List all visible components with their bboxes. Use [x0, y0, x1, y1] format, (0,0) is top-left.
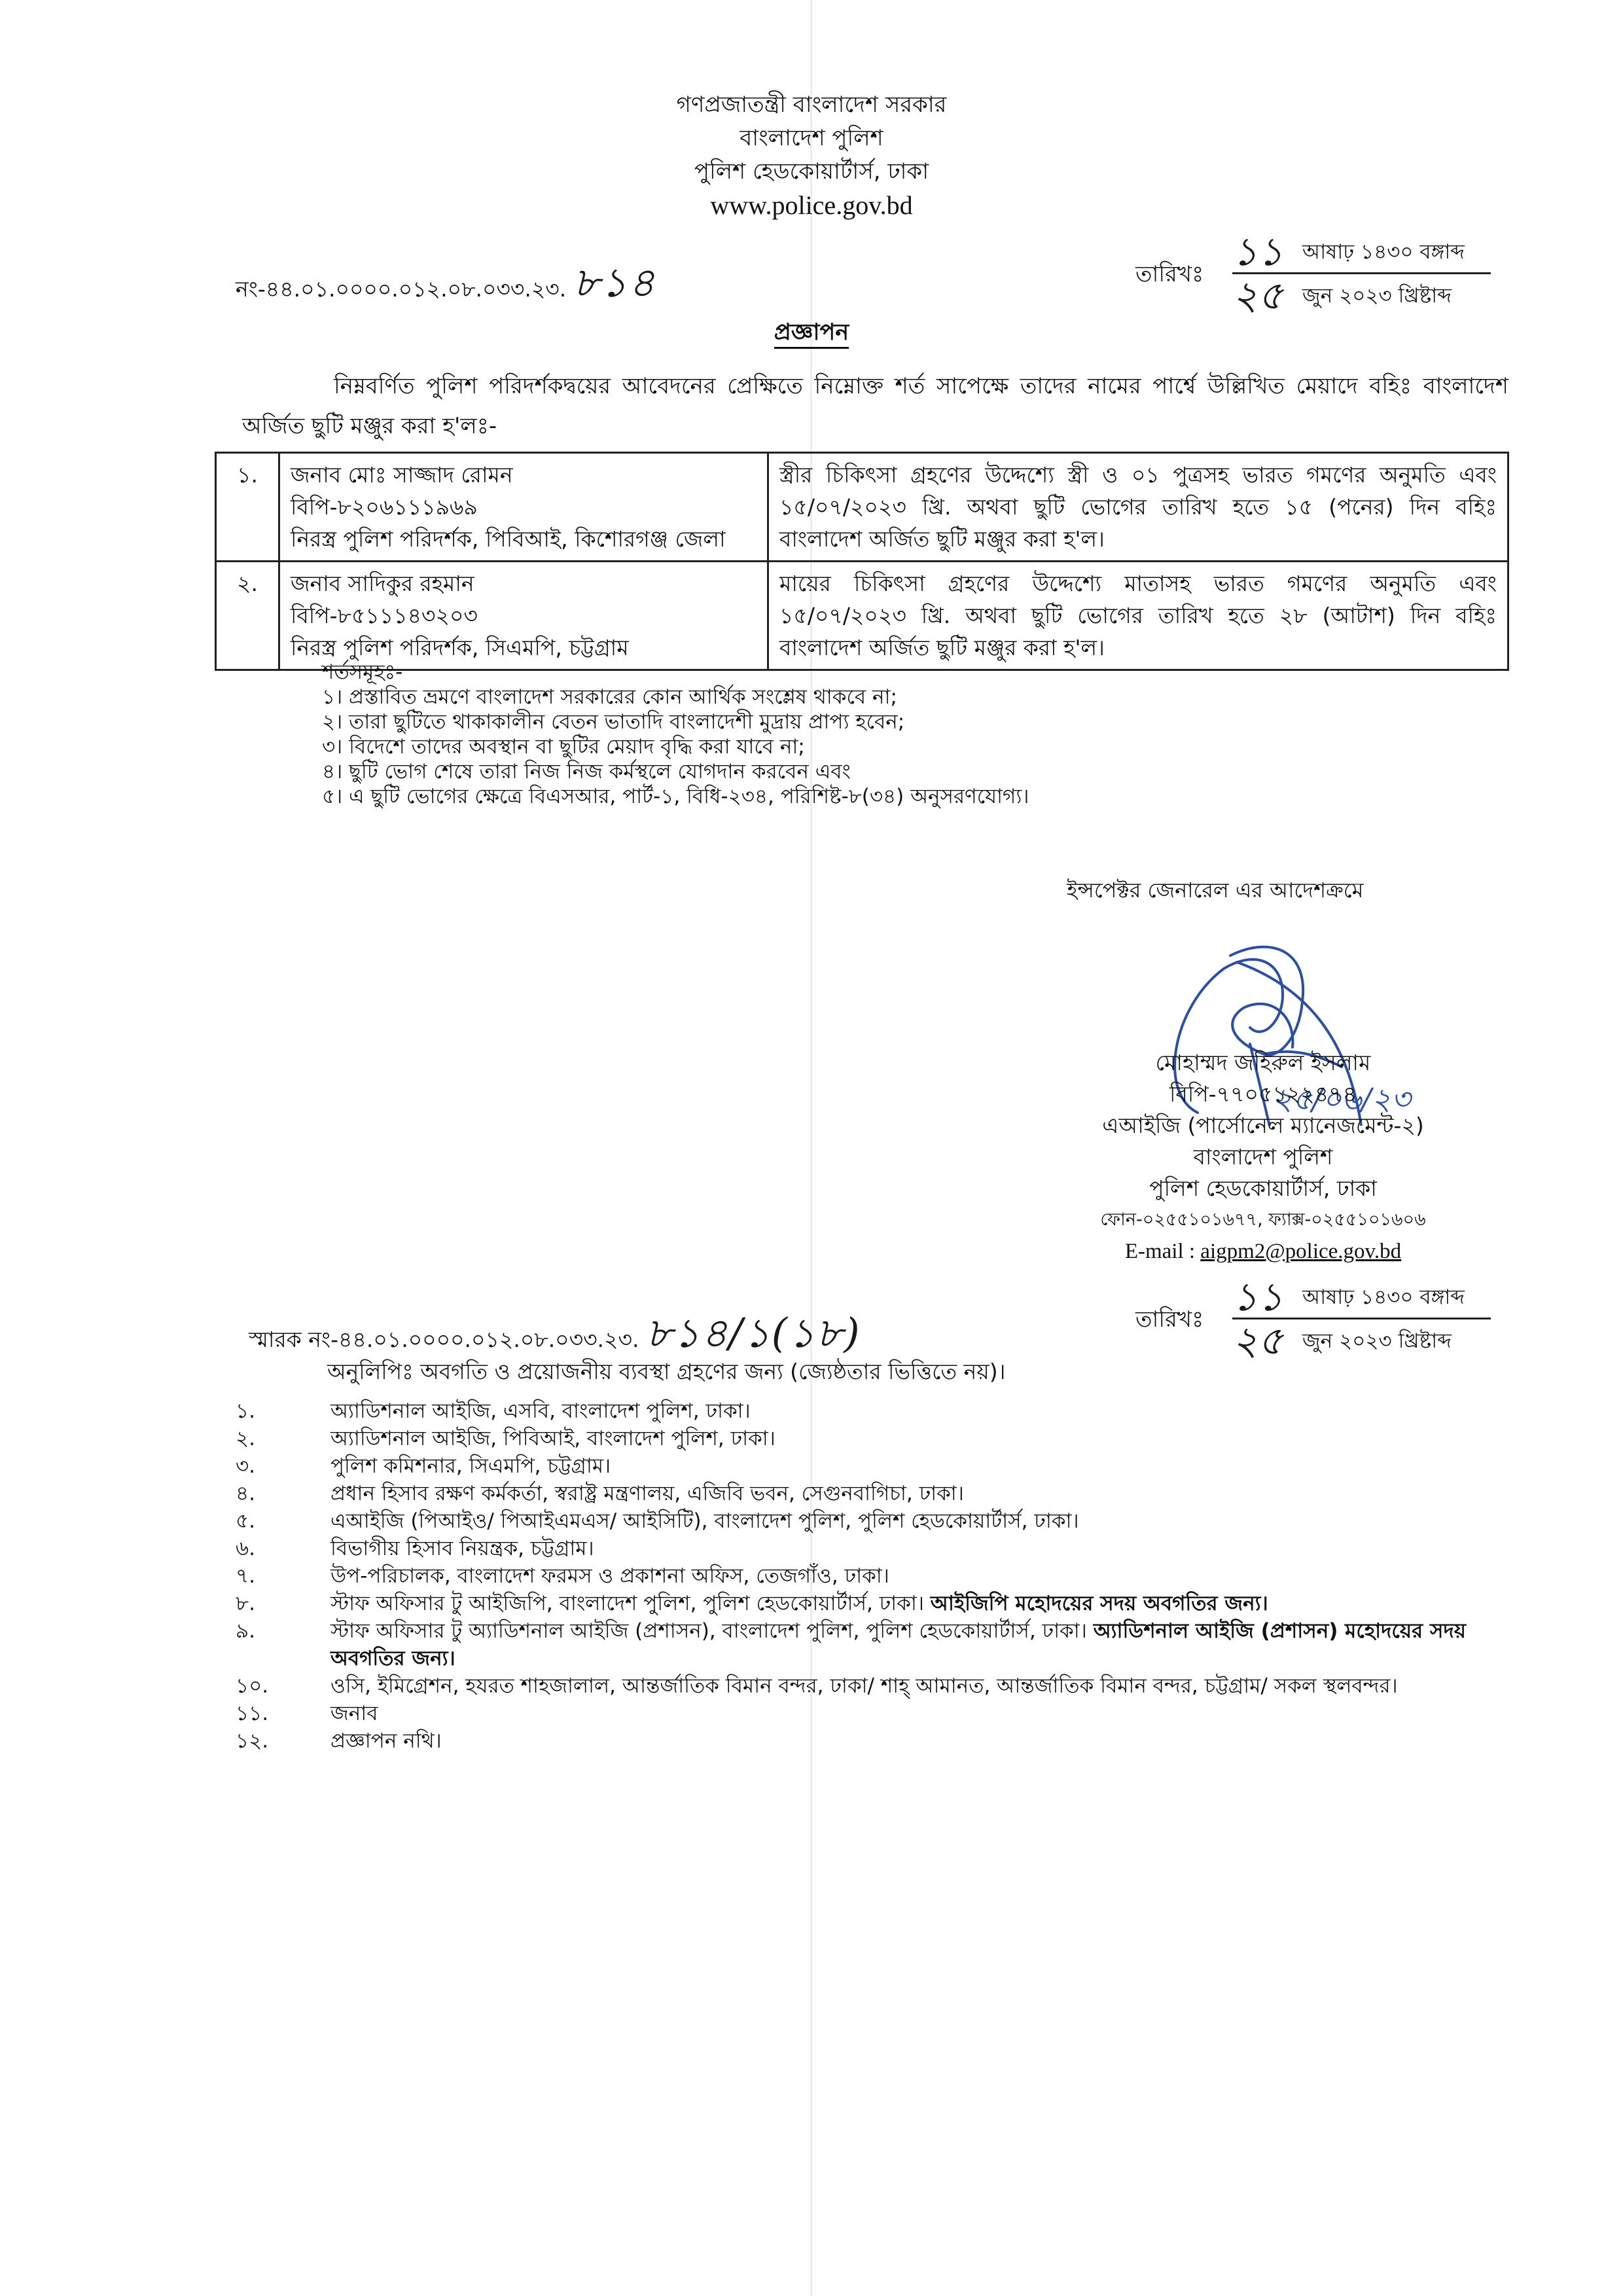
- date-english-day: ২৫: [1232, 1323, 1294, 1359]
- condition-item: ৩। বিদেশে তাদের অবস্থান বা ছুটির মেয়াদ …: [322, 734, 1029, 759]
- date-bangla: আষাঢ় ১৪৩০ বঙ্গাব্দ: [1302, 1282, 1465, 1316]
- leave-details-cell: স্ত্রীর চিকিৎসা গ্রহণের উদ্দেশ্যে স্ত্রী…: [768, 453, 1508, 562]
- conditions-heading: শর্তসমূহঃ-: [322, 660, 1029, 685]
- copy-item: ৬.বিভাগীয় হিসাব নিয়ন্ত্রক, চট্টগ্রাম।: [236, 1535, 1518, 1562]
- copy-item-emphasis: আইজিপি মহোদয়ের সদয় অবগতির জন্য।: [931, 1592, 1268, 1615]
- date-label: তারিখঃ: [1135, 1302, 1204, 1340]
- memo-date-block: তারিখঃ ১১ আষাঢ় ১৪৩০ বঙ্গাব্দ ২৫ জুন ২০২…: [1135, 1278, 1495, 1359]
- date-english: জুন ২০২৩ খ্রিষ্টাব্দ: [1302, 280, 1452, 314]
- serial-cell: ১.: [216, 453, 279, 562]
- condition-item: ২। তারা ছুটিতে থাকাকালীন বেতন ভাতাদি বাং…: [322, 709, 1029, 734]
- copy-item-number: ৩.: [236, 1452, 330, 1480]
- signatory-designation: এআইজি (পার্সোনেল ম্যানেজমেন্ট-২): [1034, 1110, 1492, 1141]
- officer-name: জনাব সাদিকুর রহমান: [291, 567, 757, 600]
- date-label: তারিখঃ: [1135, 257, 1204, 295]
- officer-designation: নিরস্ত্র পুলিশ পরিদর্শক, সিএমপি, চট্টগ্র…: [291, 632, 757, 664]
- memo-handwritten: ৮১৪/১(১৮): [646, 1309, 861, 1357]
- conditions-list: শর্তসমূহঃ- ১। প্রস্তাবিত ভ্রমণে বাংলাদেশ…: [322, 660, 1029, 809]
- copy-item-number: ২.: [236, 1425, 330, 1452]
- copy-item-text: পুলিশ কমিশনার, সিএমপি, চট্টগ্রাম।: [330, 1452, 1518, 1480]
- copy-item-number: ৪.: [236, 1480, 330, 1507]
- copy-item-text: এআইজি (পিআইও/ পিআইএমএস/ আইসিটি), বাংলাদে…: [330, 1507, 1518, 1535]
- officer-cell: জনাব মোঃ সাজ্জাদ রোমন বিপি-৮২০৬১১১৯৬৯ নি…: [279, 453, 768, 562]
- email-label: E-mail :: [1125, 1240, 1200, 1263]
- date-bangla: আষাঢ় ১৪৩০ বঙ্গাব্দ: [1302, 236, 1465, 270]
- letterhead-website[interactable]: www.police.gov.bd: [0, 188, 1623, 222]
- copy-item-text: অ্যাডিশনাল আইজি, এসবি, বাংলাদেশ পুলিশ, ঢ…: [330, 1397, 1518, 1425]
- copy-item-number: ১২.: [236, 1727, 330, 1755]
- copy-item: ৫.এআইজি (পিআইও/ পিআইএমএস/ আইসিটি), বাংলা…: [236, 1507, 1518, 1535]
- table-row: ২. জনাব সাদিকুর রহমান বিপি-৮৫১১১৪৩২০৩ নি…: [216, 562, 1508, 670]
- officer-name: জনাব মোঃ সাজ্জাদ রোমন: [291, 459, 757, 491]
- signatory-phone-fax: ফোন-০২৫৫১০১৬৭৭, ফ্যাক্স-০২৫৫১০১৬০৬: [1034, 1204, 1492, 1236]
- letterhead: গণপ্রজাতন্ত্রী বাংলাদেশ সরকার বাংলাদেশ প…: [0, 88, 1623, 222]
- signatory-org: বাংলাদেশ পুলিশ: [1034, 1141, 1492, 1173]
- officer-designation: নিরস্ত্র পুলিশ পরিদর্শক, পিবিআই, কিশোরগঞ…: [291, 523, 757, 555]
- reference-handwritten: ৮১৪: [573, 259, 656, 306]
- signatory-name: মোহাম্মদ জহিরুল ইসলাম: [1034, 1047, 1492, 1079]
- letterhead-office: পুলিশ হেডকোয়ার্টার্স, ঢাকা: [0, 155, 1623, 188]
- memo-prefix: স্মারক নং-৪৪.০১.০০০০.০১২.০৮.০৩৩.২৩.: [249, 1327, 639, 1352]
- copy-item-text: জনাব: [330, 1700, 1518, 1727]
- copy-item-text: উপ-পরিচালক, বাংলাদেশ ফরমস ও প্রকাশনা অফি…: [330, 1562, 1518, 1590]
- officer-cell: জনাব সাদিকুর রহমান বিপি-৮৫১১১৪৩২০৩ নিরস্…: [279, 562, 768, 670]
- copy-item: ৪.প্রধান হিসাব রক্ষণ কর্মকর্তা, স্বরাষ্ট…: [236, 1480, 1518, 1507]
- copy-item-number: ৭.: [236, 1562, 330, 1590]
- condition-item: ১। প্রস্তাবিত ভ্রমণে বাংলাদেশ সরকারের কো…: [322, 685, 1029, 709]
- copy-item-text: প্রধান হিসাব রক্ষণ কর্মকর্তা, স্বরাষ্ট্র…: [330, 1480, 1518, 1507]
- reference-number: নং-৪৪.০১.০০০০.০১২.০৮.০৩৩.২৩. ৮১৪: [236, 252, 656, 319]
- condition-item: ৫। এ ছুটি ভোগের ক্ষেত্রে বিএসআর, পার্ট-১…: [322, 784, 1029, 809]
- document-title: প্রজ্ঞাপন: [0, 314, 1623, 353]
- serial-cell: ২.: [216, 562, 279, 670]
- copy-item-text: ওসি, ইমিগ্রেশন, হযরত শাহজালাল, আন্তর্জাত…: [330, 1672, 1518, 1700]
- order-line: ইন্সপেক্টর জেনারেল এর আদেশক্রমে: [1067, 874, 1363, 909]
- date-bangla-day: ১১: [1232, 1279, 1294, 1316]
- copy-item-text: স্টাফ অফিসার টু অ্যাডিশনাল আইজি (প্রশাসন…: [330, 1617, 1518, 1672]
- copy-item-number: ৬.: [236, 1535, 330, 1562]
- intro-paragraph: নিম্নবর্ণিত পুলিশ পরিদর্শকদ্বয়ের আবেদনে…: [242, 367, 1508, 446]
- leave-details-cell: মায়ের চিকিৎসা গ্রহণের উদ্দেশ্যে মাতাসহ …: [768, 562, 1508, 670]
- copy-item-number: ১০.: [236, 1672, 330, 1700]
- date-bangla-day: ১১: [1232, 234, 1294, 270]
- officer-table: ১. জনাব মোঃ সাজ্জাদ রোমন বিপি-৮২০৬১১১৯৬৯…: [215, 452, 1509, 671]
- copy-item: ৩.পুলিশ কমিশনার, সিএমপি, চট্টগ্রাম।: [236, 1452, 1518, 1480]
- copy-item: ১২.প্রজ্ঞাপন নথি।: [236, 1727, 1518, 1755]
- copy-item-text: প্রজ্ঞাপন নথি।: [330, 1727, 1518, 1755]
- date-english-day: ২৫: [1232, 278, 1294, 314]
- officer-bp: বিপি-৮২০৬১১১৯৬৯: [291, 491, 757, 523]
- copy-item-text: স্টাফ অফিসার টু আইজিপি, বাংলাদেশ পুলিশ, …: [330, 1590, 1518, 1617]
- copy-list: ১.অ্যাডিশনাল আইজি, এসবি, বাংলাদেশ পুলিশ,…: [236, 1397, 1518, 1755]
- signatory-bp: বিপি-৭৭০৫১২২৪৭৪: [1034, 1079, 1492, 1110]
- copy-item: ১০.ওসি, ইমিগ্রেশন, হযরত শাহজালাল, আন্তর্…: [236, 1672, 1518, 1700]
- copy-item-number: ৯.: [236, 1617, 330, 1672]
- date-block: তারিখঃ ১১ আষাঢ় ১৪৩০ বঙ্গাব্দ ২৫ জুন ২০২…: [1135, 232, 1495, 314]
- table-row: ১. জনাব মোঃ সাজ্জাদ রোমন বিপি-৮২০৬১১১৯৬৯…: [216, 453, 1508, 562]
- signatory-office: পুলিশ হেডকোয়ার্টার্স, ঢাকা: [1034, 1173, 1492, 1204]
- copy-item: ৮.স্টাফ অফিসার টু আইজিপি, বাংলাদেশ পুলিশ…: [236, 1590, 1518, 1617]
- letterhead-government: গণপ্রজাতন্ত্রী বাংলাদেশ সরকার: [0, 88, 1623, 122]
- copy-item-text: বিভাগীয় হিসাব নিয়ন্ত্রক, চট্টগ্রাম।: [330, 1535, 1518, 1562]
- email-link[interactable]: aigpm2@police.gov.bd: [1200, 1240, 1401, 1263]
- copy-intro: অনুলিপিঃ অবগতি ও প্রয়োজনীয় ব্যবস্থা গ্…: [327, 1355, 1005, 1391]
- date-english: জুন ২০২৩ খ্রিষ্টাব্দ: [1302, 1325, 1452, 1359]
- copy-item-number: ১১.: [236, 1700, 330, 1727]
- copy-item: ৭.উপ-পরিচালক, বাংলাদেশ ফরমস ও প্রকাশনা অ…: [236, 1562, 1518, 1590]
- copy-item: ১.অ্যাডিশনাল আইজি, এসবি, বাংলাদেশ পুলিশ,…: [236, 1397, 1518, 1425]
- signatory-block: মোহাম্মদ জহিরুল ইসলাম বিপি-৭৭০৫১২২৪৭৪ এআ…: [1034, 1047, 1492, 1267]
- copy-item-number: ৮.: [236, 1590, 330, 1617]
- condition-item: ৪। ছুটি ভোগ শেষে তারা নিজ নিজ কর্মস্থলে …: [322, 759, 1029, 784]
- copy-item-number: ১.: [236, 1397, 330, 1425]
- copy-item: ৯.স্টাফ অফিসার টু অ্যাডিশনাল আইজি (প্রশা…: [236, 1617, 1518, 1672]
- copy-item: ২.অ্যাডিশনাল আইজি, পিবিআই, বাংলাদেশ পুলি…: [236, 1425, 1518, 1452]
- letterhead-police: বাংলাদেশ পুলিশ: [0, 122, 1623, 155]
- officer-bp: বিপি-৮৫১১১৪৩২০৩: [291, 600, 757, 632]
- reference-prefix: নং-৪৪.০১.০০০০.০১২.০৮.০৩৩.২৩.: [236, 276, 566, 302]
- signatory-email-row: E-mail : aigpm2@police.gov.bd: [1034, 1236, 1492, 1267]
- copy-item: ১১.জনাব: [236, 1700, 1518, 1727]
- copy-item-number: ৫.: [236, 1507, 330, 1535]
- copy-item-text: অ্যাডিশনাল আইজি, পিবিআই, বাংলাদেশ পুলিশ,…: [330, 1425, 1518, 1452]
